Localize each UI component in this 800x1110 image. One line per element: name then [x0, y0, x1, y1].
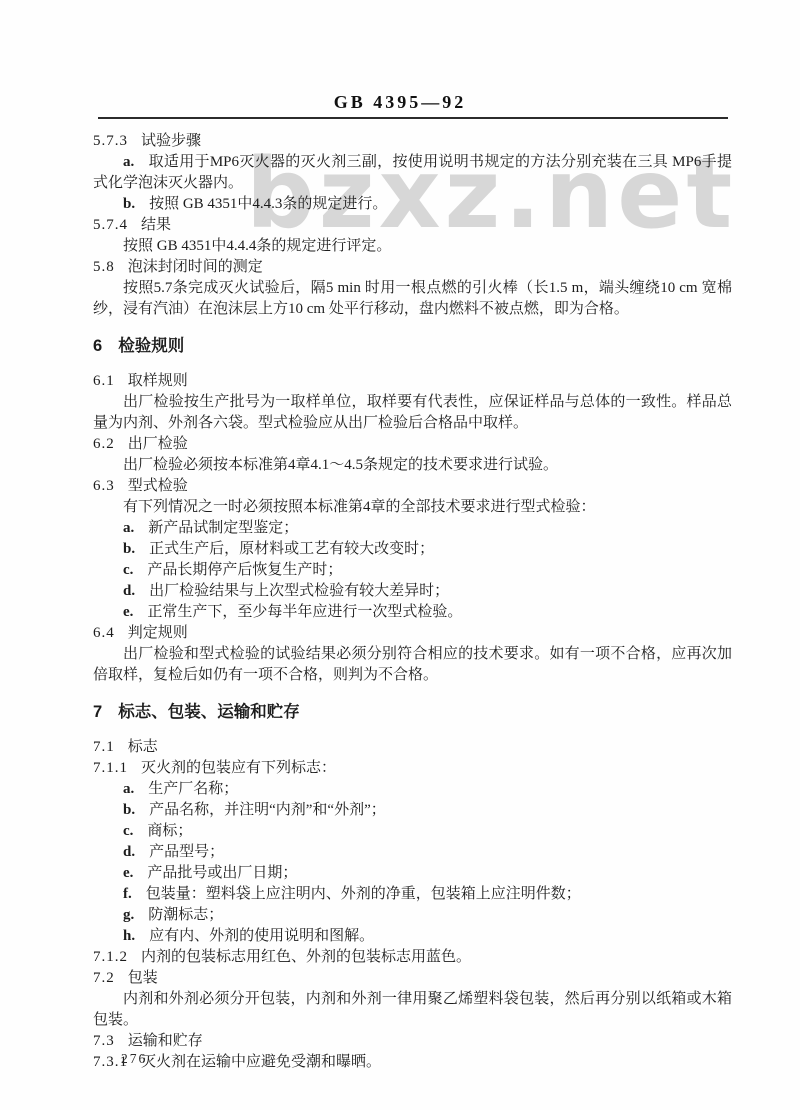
clause-number: 6.1 [93, 373, 115, 389]
clause-title: 灭火剂在运输中应避免受潮和曝晒。 [141, 1054, 381, 1070]
list-item: a.取适用于MP6灭火器的灭火剂三副，按使用说明书规定的方法分别充装在三具 MP… [93, 152, 732, 194]
chapter-number: 6 [93, 337, 102, 355]
clause-title: 取样规则 [128, 373, 188, 389]
list-item: h.应有内、外剂的使用说明和图解。 [93, 926, 732, 947]
clause-number: 7.2 [93, 970, 115, 986]
item-text: 产品名称，并注明“内剂”和“外剂”； [149, 802, 386, 818]
document-page: bzxz.net GB 4395—92 5.7.3试验步骤a.取适用于MP6灭火… [0, 0, 800, 1110]
item-text: 应有内、外剂的使用说明和图解。 [149, 928, 374, 944]
clause-title: 泡沫封闭时间的测定 [128, 259, 263, 275]
clause-heading: 6.2出厂检验 [93, 434, 732, 455]
chapter-heading: 6检验规则 [93, 334, 732, 359]
header-rule [98, 117, 728, 119]
paragraph: 有下列情况之一时必须按照本标准第4章的全部技术要求进行型式检验： [93, 497, 732, 518]
item-text: 正常生产下，至少每半年应进行一次型式检验。 [147, 604, 462, 620]
item-text: 防潮标志； [148, 907, 223, 923]
item-letter: f. [123, 886, 132, 902]
item-letter: a. [123, 154, 134, 170]
list-item: b.产品名称，并注明“内剂”和“外剂”； [93, 800, 732, 821]
item-text: 正式生产后，原材料或工艺有较大改变时； [149, 541, 434, 557]
clause-title: 灭火剂的包装应有下列标志： [141, 760, 336, 776]
item-letter: b. [123, 196, 135, 212]
standard-number: GB 4395—92 [0, 92, 800, 113]
list-item: a.新产品试制定型鉴定； [93, 518, 732, 539]
item-letter: c. [123, 562, 133, 578]
clause-heading: 6.3型式检验 [93, 476, 732, 497]
clause-number: 7.3 [93, 1033, 115, 1049]
list-item: c.产品长期停产后恢复生产时； [93, 560, 732, 581]
item-letter: d. [123, 844, 135, 860]
chapter-title: 标志、包装、运输和贮存 [118, 703, 300, 721]
list-item: e.正常生产下，至少每半年应进行一次型式检验。 [93, 602, 732, 623]
list-item: f.包装量：塑料袋上应注明内、外剂的净重，包装箱上应注明件数； [93, 884, 732, 905]
item-letter: b. [123, 802, 135, 818]
item-text: 新产品试制定型鉴定； [148, 520, 298, 536]
item-text: 产品型号； [149, 844, 224, 860]
clause-heading: 5.7.3试验步骤 [93, 131, 732, 152]
item-text: 取适用于MP6灭火器的灭火剂三副，按使用说明书规定的方法分别充装在三具 MP6手… [93, 154, 732, 191]
list-item: d.产品型号； [93, 842, 732, 863]
clause-heading: 7.1.1灭火剂的包装应有下列标志： [93, 758, 732, 779]
clause-heading: 6.4判定规则 [93, 623, 732, 644]
paragraph: 内剂和外剂必须分开包装，内剂和外剂一律用聚乙烯塑料袋包装，然后再分别以纸箱或木箱… [93, 989, 732, 1031]
item-letter: c. [123, 823, 133, 839]
paragraph: 出厂检验和型式检验的试验结果必须分别符合相应的技术要求。如有一项不合格，应再次加… [93, 644, 732, 686]
clause-heading: 7.2包装 [93, 968, 732, 989]
item-letter: h. [123, 928, 135, 944]
clause-heading: 7.1.2内剂的包装标志用红色、外剂的包装标志用蓝色。 [93, 947, 732, 968]
clause-heading: 6.1取样规则 [93, 371, 732, 392]
clause-heading: 7.3.1灭火剂在运输中应避免受潮和曝晒。 [93, 1052, 732, 1073]
list-item: b.正式生产后，原材料或工艺有较大改变时； [93, 539, 732, 560]
item-text: 包装量：塑料袋上应注明内、外剂的净重，包装箱上应注明件数； [146, 886, 581, 902]
clause-number: 7.1.1 [93, 760, 128, 776]
chapter-number: 7 [93, 703, 102, 721]
clause-title: 标志 [128, 739, 158, 755]
clause-heading: 5.7.4结果 [93, 215, 732, 236]
item-letter: g. [123, 907, 134, 923]
chapter-title: 检验规则 [118, 337, 184, 355]
clause-number: 6.3 [93, 478, 115, 494]
paragraph: 按照5.7条完成灭火试验后，隔5 min 时用一根点燃的引火棒（长1.5 m，端… [93, 278, 732, 320]
list-item: g.防潮标志； [93, 905, 732, 926]
clause-number: 5.8 [93, 259, 115, 275]
item-letter: e. [123, 865, 133, 881]
list-item: d.出厂检验结果与上次型式检验有较大差异时； [93, 581, 732, 602]
item-text: 产品长期停产后恢复生产时； [147, 562, 342, 578]
page-number: 276 [121, 1051, 147, 1067]
clause-title: 结果 [141, 217, 171, 233]
clause-title: 出厂检验 [128, 436, 188, 452]
clause-number: 7.1.2 [93, 949, 128, 965]
clause-number: 5.7.3 [93, 133, 128, 149]
item-text: 按照 GB 4351中4.4.3条的规定进行。 [149, 196, 387, 212]
paragraph: 出厂检验按生产批号为一取样单位，取样要有代表性，应保证样品与总体的一致性。样品总… [93, 392, 732, 434]
clause-title: 运输和贮存 [128, 1033, 203, 1049]
clause-title: 型式检验 [128, 478, 188, 494]
clause-number: 6.2 [93, 436, 115, 452]
item-text: 商标； [147, 823, 192, 839]
list-item: e.产品批号或出厂日期； [93, 863, 732, 884]
document-content: 5.7.3试验步骤a.取适用于MP6灭火器的灭火剂三副，按使用说明书规定的方法分… [93, 131, 732, 1073]
clause-title: 内剂的包装标志用红色、外剂的包装标志用蓝色。 [141, 949, 471, 965]
chapter-heading: 7标志、包装、运输和贮存 [93, 700, 732, 725]
item-text: 产品批号或出厂日期； [147, 865, 297, 881]
item-letter: a. [123, 520, 134, 536]
clause-number: 6.4 [93, 625, 115, 641]
clause-number: 5.7.4 [93, 217, 128, 233]
item-letter: e. [123, 604, 133, 620]
paragraph: 按照 GB 4351中4.4.4条的规定进行评定。 [93, 236, 732, 257]
clause-title: 判定规则 [128, 625, 188, 641]
clause-title: 包装 [128, 970, 158, 986]
item-text: 生产厂名称； [148, 781, 238, 797]
clause-number: 7.1 [93, 739, 115, 755]
item-text: 出厂检验结果与上次型式检验有较大差异时； [149, 583, 449, 599]
clause-heading: 5.8泡沫封闭时间的测定 [93, 257, 732, 278]
list-item: c.商标； [93, 821, 732, 842]
item-letter: a. [123, 781, 134, 797]
clause-heading: 7.3运输和贮存 [93, 1031, 732, 1052]
list-item: b.按照 GB 4351中4.4.3条的规定进行。 [93, 194, 732, 215]
clause-title: 试验步骤 [141, 133, 201, 149]
list-item: a.生产厂名称； [93, 779, 732, 800]
clause-heading: 7.1标志 [93, 737, 732, 758]
item-letter: d. [123, 583, 135, 599]
paragraph: 出厂检验必须按本标准第4章4.1～4.5条规定的技术要求进行试验。 [93, 455, 732, 476]
item-letter: b. [123, 541, 135, 557]
